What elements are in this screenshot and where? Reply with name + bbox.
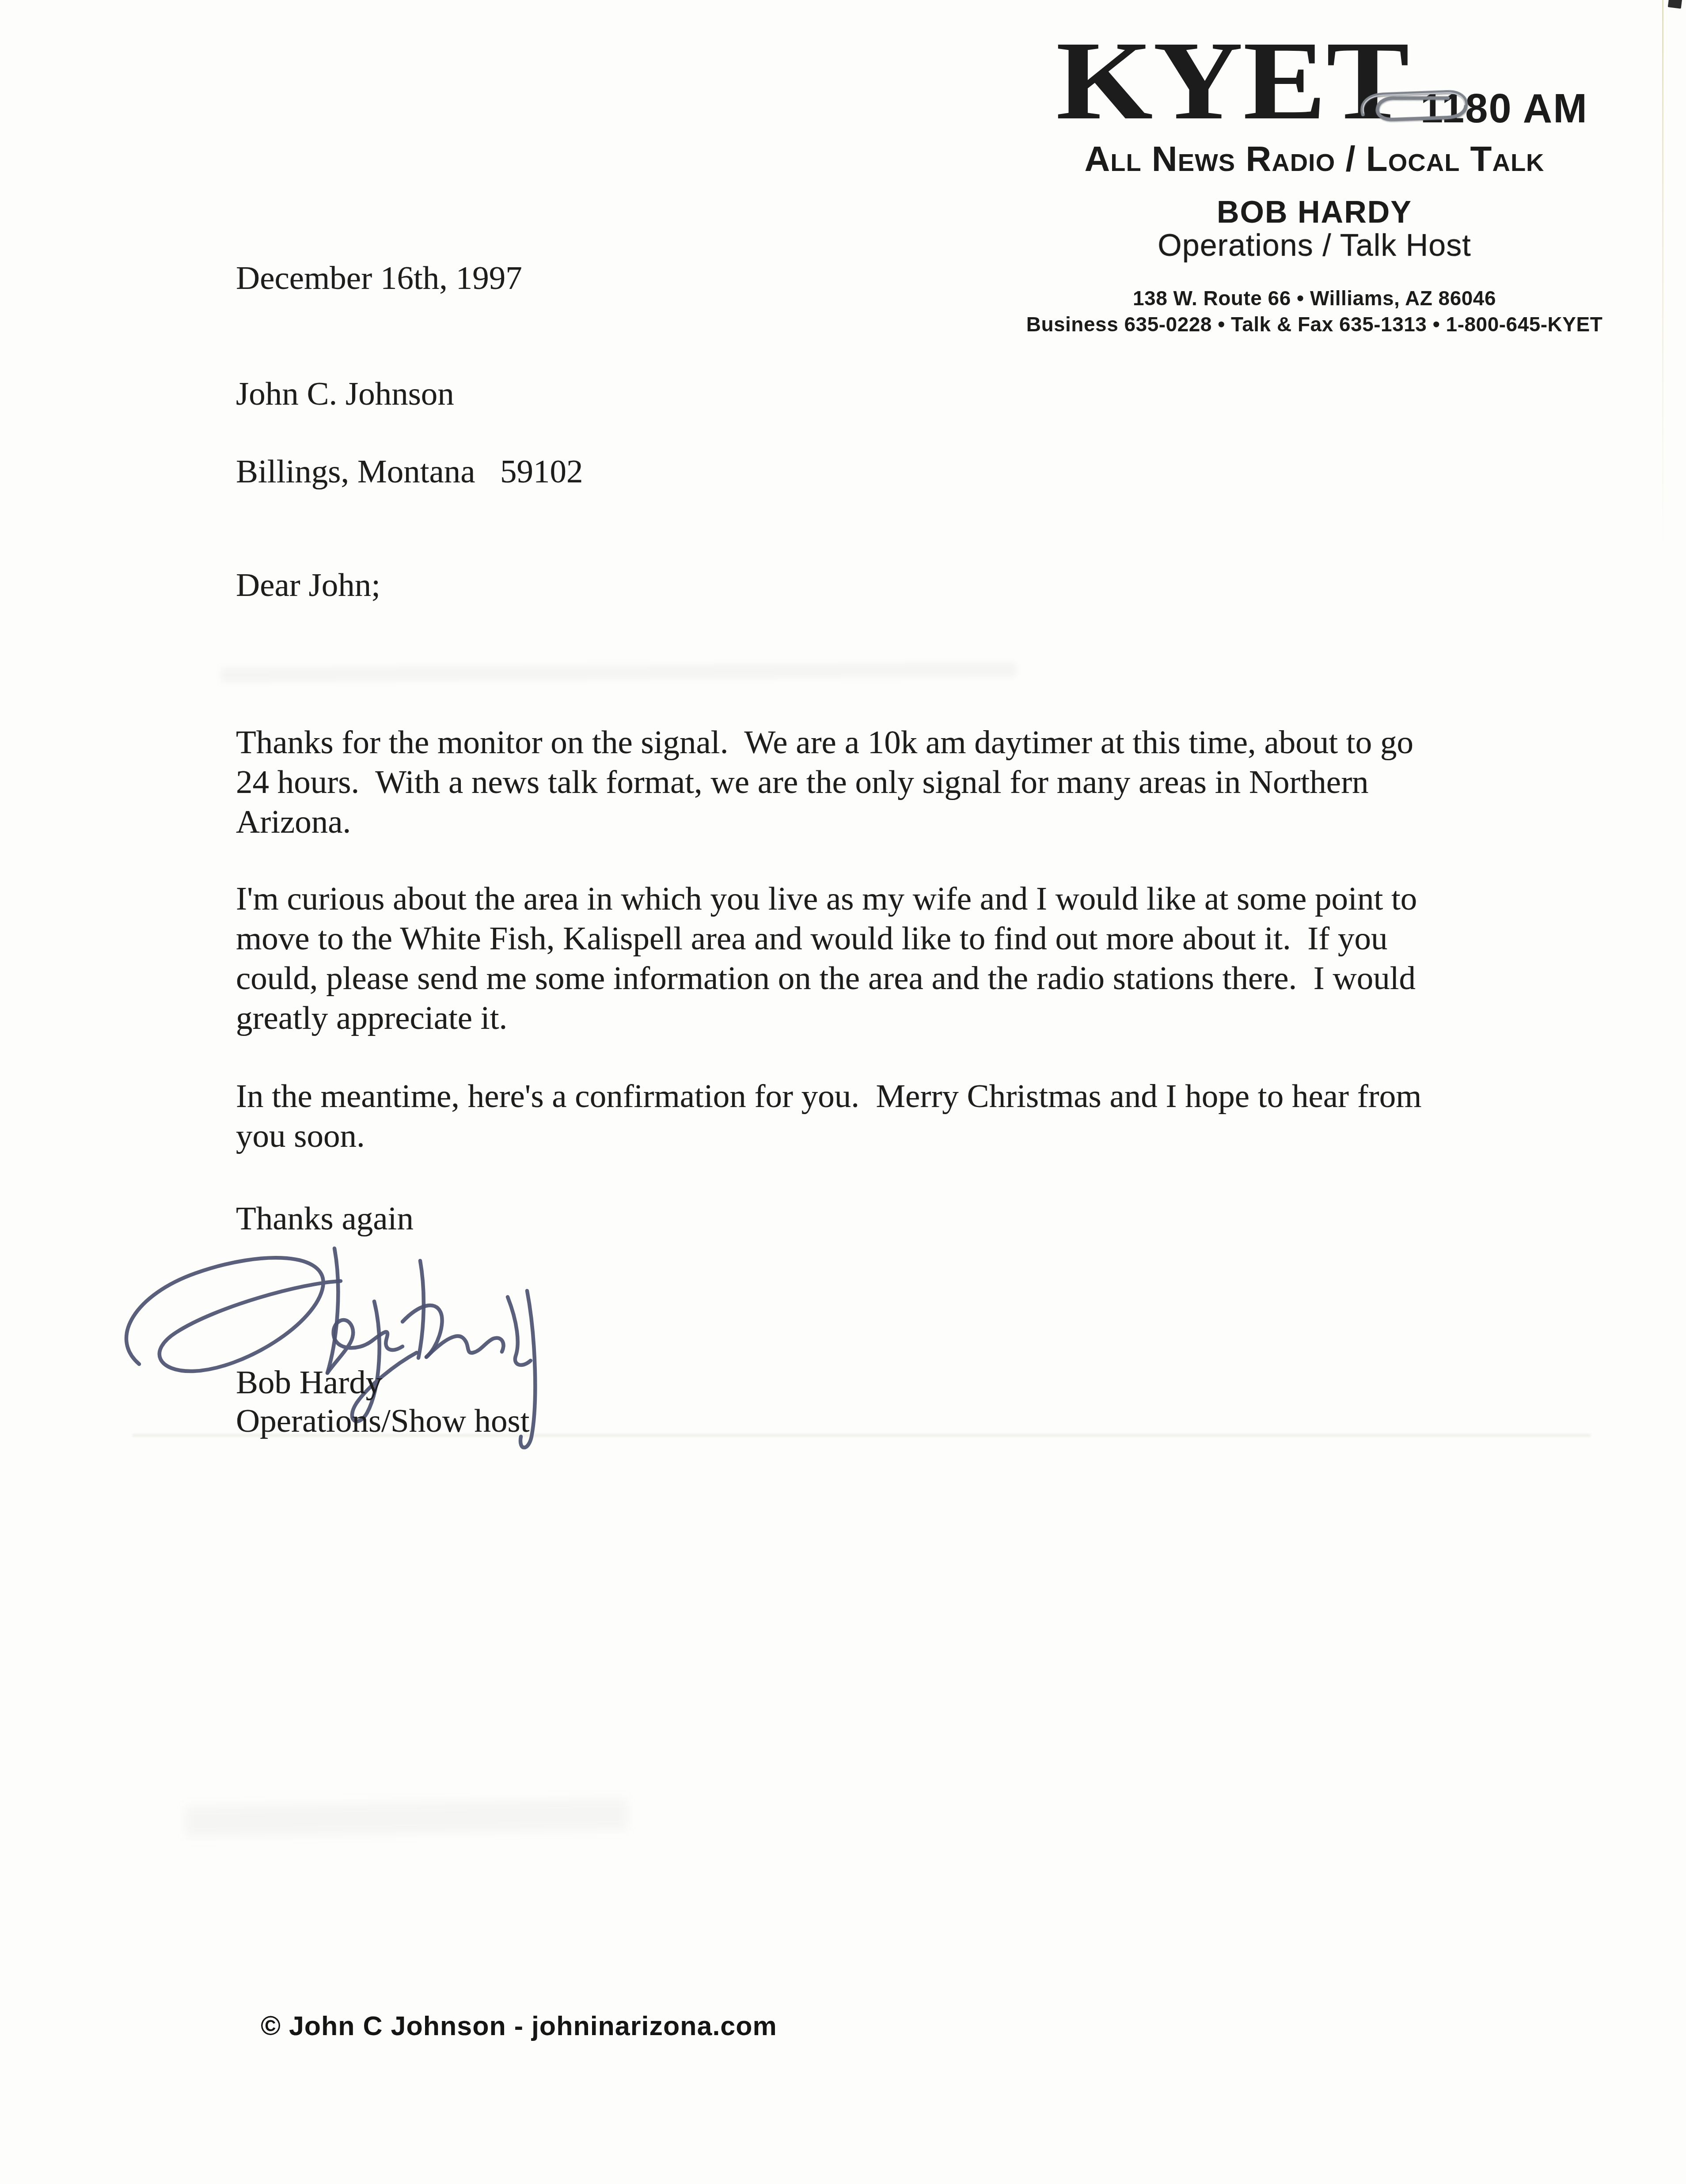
letter-paragraph: I'm curious about the area in which you … (236, 879, 1417, 1038)
letter-date: December 16th, 1997 (236, 258, 522, 298)
station-logo: KYET (1056, 32, 1418, 147)
scan-smudge (185, 1798, 627, 1837)
station-logo-text: KYET (1056, 32, 1409, 143)
letter-paragraph: Thanks for the monitor on the signal. We… (236, 723, 1413, 842)
signature-name: Bob Hardy (236, 1363, 382, 1403)
paperclip-icon (1356, 84, 1472, 129)
salutation: Dear John; (236, 565, 380, 605)
recipient-name: John C. Johnson (236, 374, 454, 414)
letterhead-phones: Business 635-0228 • Talk & Fax 635-1313 … (917, 314, 1686, 334)
letterhead-contact-name: BOB HARDY (917, 197, 1686, 227)
recipient-location: Billings, Montana 59102 (236, 452, 583, 492)
letterhead-contact-title: Operations / Talk Host (917, 230, 1686, 261)
letterhead-address: 138 W. Route 66 • Williams, AZ 86046 (917, 288, 1686, 308)
copyright-credit: © John C Johnson - johninarizona.com (261, 2013, 777, 2040)
station-tagline: All News Radio / Local Talk (917, 141, 1686, 177)
scan-edge-artifact (1662, 0, 1663, 552)
signature-title: Operations/Show host (236, 1401, 530, 1441)
scan-corner-mark (1668, 0, 1682, 9)
letter-paragraph: In the meantime, here's a confirmation f… (236, 1077, 1422, 1156)
scan-smudge (221, 662, 1016, 683)
scanned-letter-page: KYET 1180 AM All News Radio / Local Talk… (0, 0, 1686, 2184)
